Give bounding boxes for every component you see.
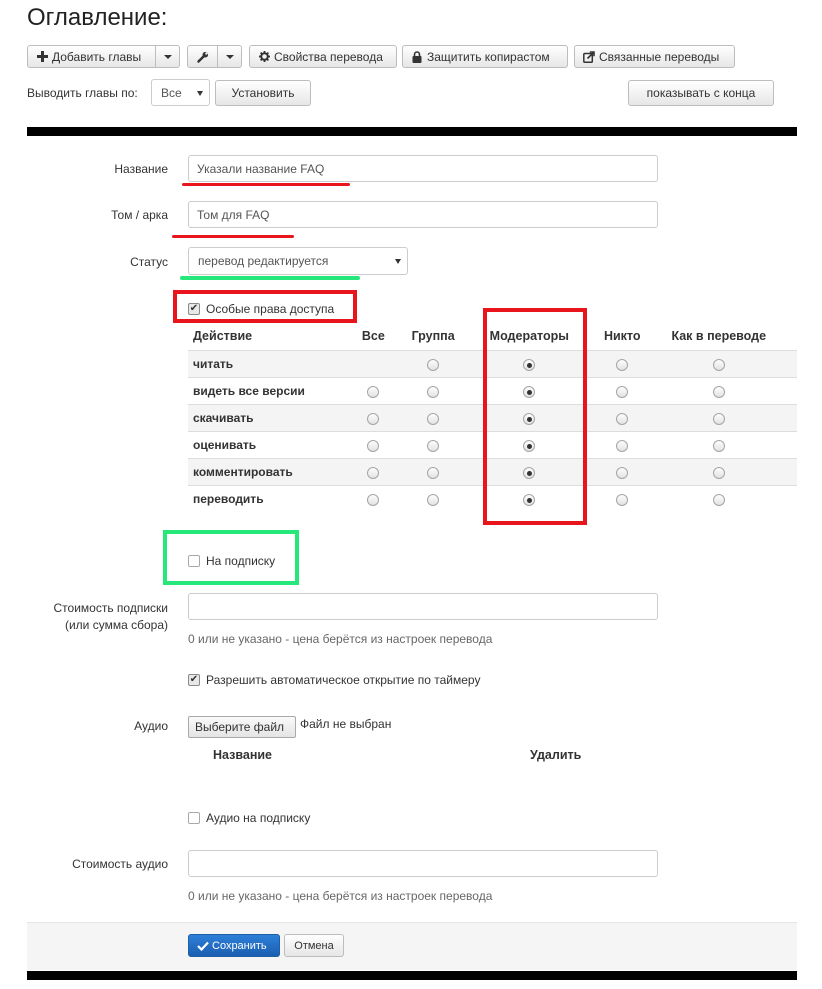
no-file-label: Файл не выбран: [300, 717, 391, 731]
permission-radio[interactable]: [616, 440, 628, 452]
special-access-label: Особые права доступа: [206, 302, 334, 316]
status-label: Статус: [28, 255, 168, 269]
special-access-checkbox[interactable]: ✔: [188, 303, 200, 315]
add-chapters-label: Добавить главы: [52, 50, 141, 64]
status-select[interactable]: перевод редактируется: [188, 247, 408, 275]
permission-cell: [641, 458, 797, 485]
translation-properties-button[interactable]: Свойства перевода: [249, 45, 397, 68]
choose-file-button[interactable]: Выберите файл: [188, 716, 296, 738]
form-actions-bar: [27, 922, 797, 970]
subscription-option: На подписку: [188, 554, 275, 568]
permission-cell: [604, 350, 641, 377]
subscription-label: На подписку: [206, 554, 275, 568]
add-chapters-button[interactable]: Добавить главы: [27, 45, 156, 68]
permission-radio[interactable]: [713, 440, 725, 452]
permission-radio[interactable]: [367, 494, 379, 506]
name-label: Название: [28, 162, 168, 176]
permission-radio[interactable]: [427, 494, 439, 506]
permission-cell: [604, 377, 641, 404]
audio-name-header: Название: [213, 748, 272, 762]
permission-cell: [412, 350, 455, 377]
audio-subscription-checkbox[interactable]: [188, 812, 200, 824]
audio-price-input[interactable]: [188, 850, 658, 877]
wrench-icon: [197, 51, 209, 63]
permission-action: комментировать: [188, 458, 335, 485]
permission-radio[interactable]: [616, 467, 628, 479]
permission-radio[interactable]: [427, 413, 439, 425]
column-header: Как в переводе: [641, 322, 797, 350]
permission-radio[interactable]: [367, 467, 379, 479]
add-chapters-dropdown-toggle[interactable]: [155, 45, 180, 68]
permission-cell: [412, 404, 455, 431]
permission-cell: [335, 350, 411, 377]
save-label: Сохранить: [212, 940, 267, 952]
permission-radio[interactable]: [427, 440, 439, 452]
audio-delete-header: Удалить: [530, 748, 581, 762]
annotation-green-underline: [180, 276, 360, 280]
permission-action: переводить: [188, 485, 335, 512]
caret-down-icon: [226, 55, 234, 59]
bottom-divider: [27, 971, 797, 980]
subscription-price-help: 0 или не указано - цена берётся из настр…: [188, 632, 492, 646]
permission-cell: [412, 431, 455, 458]
permission-radio[interactable]: [367, 386, 379, 398]
permission-cell: [641, 377, 797, 404]
page-title: Оглавление:: [27, 3, 167, 33]
permission-radio[interactable]: [616, 359, 628, 371]
apply-button[interactable]: Установить: [215, 80, 311, 106]
protect-copyright-label: Защитить копирастом: [427, 50, 550, 64]
special-access-option: ✔ Особые права доступа: [188, 302, 334, 316]
cancel-button[interactable]: Отмена: [284, 934, 344, 957]
subscription-price-input[interactable]: [188, 593, 658, 620]
share-icon: [583, 51, 595, 63]
permission-cell: [641, 350, 797, 377]
permission-cell: [604, 458, 641, 485]
audio-price-help: 0 или не указано - цена берётся из настр…: [188, 889, 492, 903]
audio-price-label: Стоимость аудио: [28, 857, 168, 871]
auto-open-checkbox[interactable]: ✔: [188, 674, 200, 686]
auto-open-option: ✔ Разрешить автоматическое открытие по т…: [188, 673, 480, 687]
permission-cell: [641, 404, 797, 431]
permission-cell: [604, 485, 641, 512]
translation-properties-label: Свойства перевода: [274, 50, 383, 64]
permission-cell: [412, 485, 455, 512]
permission-radio[interactable]: [616, 413, 628, 425]
chapters-filter-select[interactable]: Все: [151, 79, 210, 106]
permission-cell: [604, 431, 641, 458]
permission-radio[interactable]: [367, 440, 379, 452]
permission-radio[interactable]: [427, 359, 439, 371]
chevron-down-icon: [395, 259, 401, 264]
tools-dropdown-toggle[interactable]: [217, 45, 242, 68]
tools-button[interactable]: [187, 45, 218, 68]
gear-icon: [258, 51, 270, 63]
permission-cell: [335, 458, 411, 485]
chapters-filter-value: Все: [161, 86, 182, 100]
annotation-red-underline: [172, 235, 294, 238]
subscription-price-label-line1: Стоимость подписки: [54, 601, 168, 615]
protect-copyright-button[interactable]: Защитить копирастом: [402, 45, 568, 68]
permission-radio[interactable]: [616, 494, 628, 506]
volume-label: Том / арка: [28, 208, 168, 222]
save-button[interactable]: Сохранить: [188, 934, 280, 957]
caret-down-icon: [164, 55, 172, 59]
permission-cell: [335, 485, 411, 512]
subscription-price-label-line2: (или сумма сбора): [65, 618, 168, 632]
permission-radio[interactable]: [616, 386, 628, 398]
permission-radio[interactable]: [713, 359, 725, 371]
related-translations-label: Связанные переводы: [599, 50, 719, 64]
column-header: Группа: [412, 322, 455, 350]
check-icon: [197, 940, 209, 952]
permission-radio[interactable]: [713, 494, 725, 506]
name-input[interactable]: Указали название FAQ: [188, 155, 658, 182]
volume-input[interactable]: Том для FAQ: [188, 201, 658, 228]
annotation-red-box: [483, 308, 587, 525]
permission-radio[interactable]: [713, 413, 725, 425]
auto-open-label: Разрешить автоматическое открытие по тай…: [206, 673, 480, 687]
permission-radio[interactable]: [427, 386, 439, 398]
permission-action: видеть все версии: [188, 377, 335, 404]
show-chapters-label: Выводить главы по:: [27, 86, 138, 100]
status-value: перевод редактируется: [198, 254, 328, 268]
permission-radio[interactable]: [713, 467, 725, 479]
top-divider: [27, 127, 797, 136]
permission-action: скачивать: [188, 404, 335, 431]
permission-cell: [604, 404, 641, 431]
audio-subscription-option: Аудио на подписку: [188, 811, 310, 825]
permission-radio[interactable]: [367, 413, 379, 425]
column-header: Никто: [604, 322, 641, 350]
show-from-end-button[interactable]: показывать с конца: [628, 80, 774, 106]
permission-cell: [412, 377, 455, 404]
permission-radio[interactable]: [713, 386, 725, 398]
column-header: Все: [335, 322, 411, 350]
permission-cell: [335, 431, 411, 458]
permission-cell: [641, 485, 797, 512]
subscription-price-label: Стоимость подписки (или сумма сбора): [28, 600, 168, 634]
permission-cell: [641, 431, 797, 458]
annotation-red-underline: [182, 183, 350, 186]
permission-action: читать: [188, 350, 335, 377]
plus-icon: [36, 51, 48, 63]
permission-action: оценивать: [188, 431, 335, 458]
permission-radio[interactable]: [427, 467, 439, 479]
column-header: Действие: [188, 322, 335, 350]
permission-cell: [335, 404, 411, 431]
audio-label: Аудио: [28, 719, 168, 733]
chevron-down-icon: [197, 91, 203, 96]
lock-icon: [411, 51, 423, 63]
permission-cell: [412, 458, 455, 485]
related-translations-button[interactable]: Связанные переводы: [574, 45, 735, 68]
audio-subscription-label: Аудио на подписку: [206, 811, 310, 825]
subscription-checkbox[interactable]: [188, 555, 200, 567]
permission-cell: [335, 377, 411, 404]
